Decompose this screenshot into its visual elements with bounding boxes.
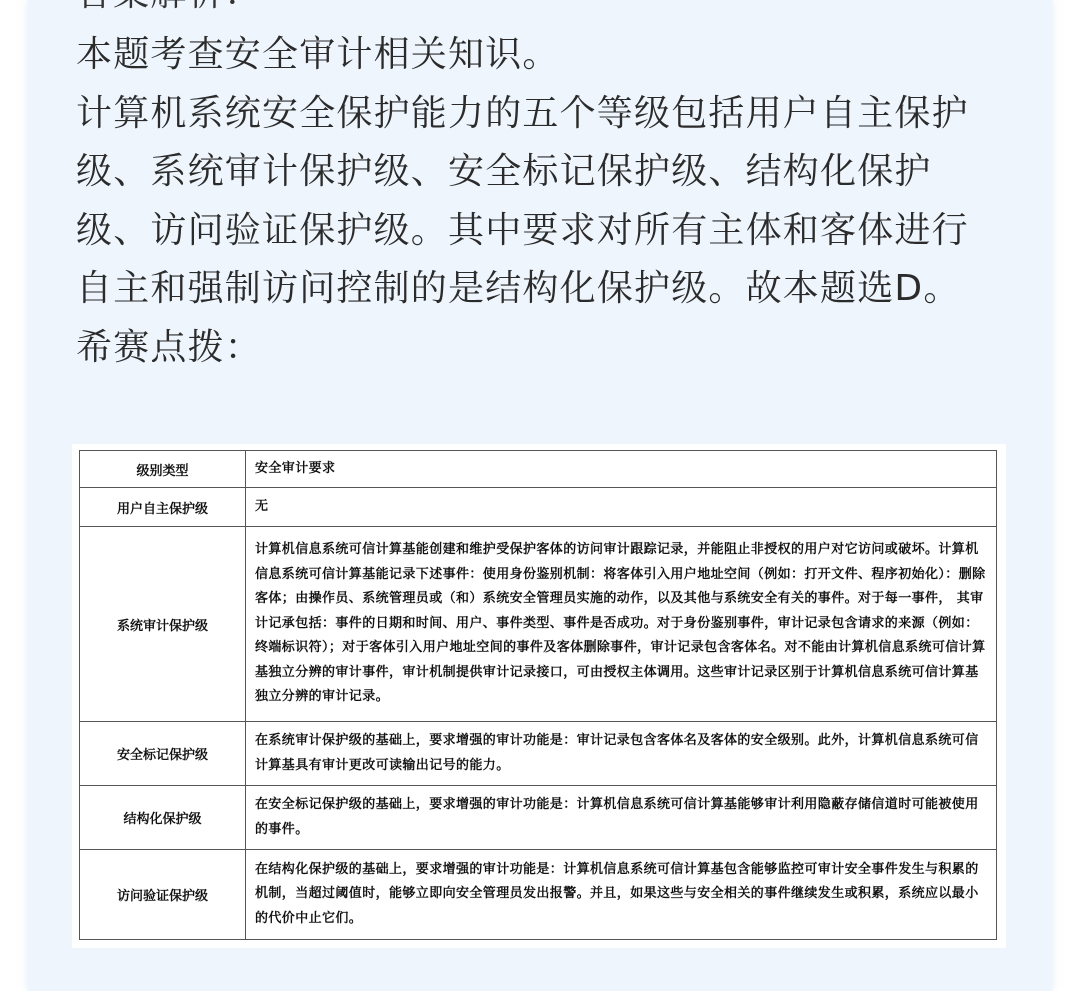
table-row: 结构化保护级 在安全标记保护级的基础上，要求增强的审计功能是：计算机信息系统可信… <box>80 786 997 850</box>
analysis-text: 本题考查安全审计相关知识。 计算机系统安全保护能力的五个等级包括用户自主保护级、… <box>76 26 986 377</box>
header-audit-requirement: 安全审计要求 <box>246 451 997 488</box>
audit-requirements-table: 级别类型 安全审计要求 用户自主保护级 无 系统审计保护级 计算机信息系统可信计… <box>79 450 997 940</box>
table-row: 系统审计保护级 计算机信息系统可信计算基能创建和维护受保护客体的访问审计跟踪记录… <box>80 527 997 722</box>
section-heading-partial: 答案解析： <box>76 0 261 14</box>
row-level: 系统审计保护级 <box>80 527 246 722</box>
page: 答案解析： 本题考查安全审计相关知识。 计算机系统安全保护能力的五个等级包括用户… <box>0 0 1080 991</box>
row-requirement: 在系统审计保护级的基础上，要求增强的审计功能是：审计记录包含客体名及客体的安全级… <box>246 722 997 786</box>
row-requirement: 在安全标记保护级的基础上，要求增强的审计功能是：计算机信息系统可信计算基能够审计… <box>246 786 997 850</box>
tip-label: 希赛点拨： <box>76 319 986 378</box>
table-row: 安全标记保护级 在系统审计保护级的基础上，要求增强的审计功能是：审计记录包含客体… <box>80 722 997 786</box>
audit-requirements-table-image: 级别类型 安全审计要求 用户自主保护级 无 系统审计保护级 计算机信息系统可信计… <box>72 444 1006 948</box>
row-level: 安全标记保护级 <box>80 722 246 786</box>
analysis-intro: 本题考查安全审计相关知识。 <box>76 26 986 85</box>
table-header-row: 级别类型 安全审计要求 <box>80 451 997 488</box>
table-row: 用户自主保护级 无 <box>80 488 997 527</box>
row-level: 结构化保护级 <box>80 786 246 850</box>
analysis-body: 计算机系统安全保护能力的五个等级包括用户自主保护级、系统审计保护级、安全标记保护… <box>76 85 986 319</box>
row-level: 用户自主保护级 <box>80 488 246 527</box>
table-row: 访问验证保护级 在结构化保护级的基础上，要求增强的审计功能是：计算机信息系统可信… <box>80 850 997 940</box>
row-requirement: 计算机信息系统可信计算基能创建和维护受保护客体的访问审计跟踪记录，并能阻止非授权… <box>246 527 997 722</box>
header-level-type: 级别类型 <box>80 451 246 488</box>
row-requirement: 无 <box>246 488 997 527</box>
row-requirement: 在结构化保护级的基础上，要求增强的审计功能是：计算机信息系统可信计算基包含能够监… <box>246 850 997 940</box>
row-level: 访问验证保护级 <box>80 850 246 940</box>
